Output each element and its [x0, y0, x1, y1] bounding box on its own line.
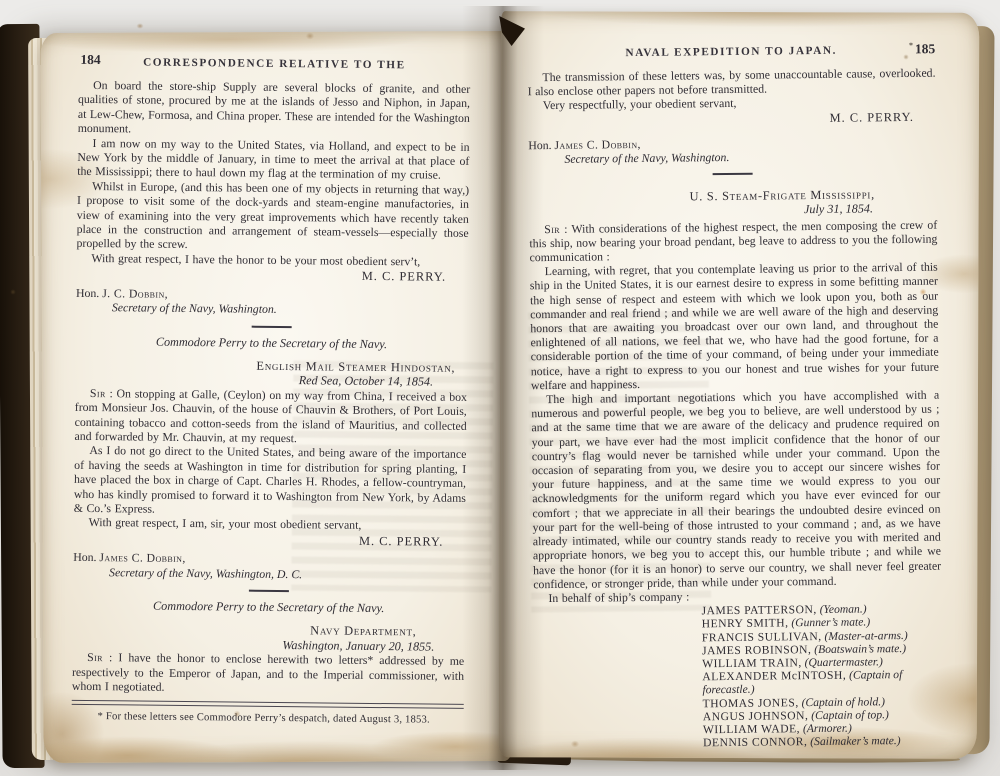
left-page-text: 184 CORRESPONDENCE RELATIVE TO THE On bo…	[71, 55, 470, 729]
paragraph: Sir : With considerations of the highest…	[529, 217, 937, 264]
right-running-title: NAVAL EXPEDITION TO JAPAN.	[527, 43, 935, 62]
crew-member: ALEXANDER McINTOSH, (Captain of forecast…	[702, 668, 942, 697]
addressee-title: Secretary of the Navy, Washington.	[112, 300, 468, 318]
footnote-rule	[72, 700, 464, 709]
section-divider	[249, 590, 289, 592]
salutation: Sir	[87, 650, 103, 664]
paragraph: Sir : I have the honor to enclose herewi…	[72, 650, 464, 697]
right-page-number: *185	[909, 39, 935, 57]
section-divider	[252, 325, 292, 327]
salutation: Sir	[544, 222, 560, 236]
signature: M. C. PERRY.	[73, 531, 465, 550]
left-page: 184 CORRESPONDENCE RELATIVE TO THE On bo…	[40, 31, 511, 763]
addressee-title: Secretary of the Navy, Washington.	[564, 148, 936, 166]
footnote: * For these letters see Commodore Perry’…	[71, 710, 463, 729]
paragraph: On board the store-ship Supply are sever…	[78, 78, 471, 140]
paragraph: The transmission of these letters was, b…	[527, 66, 935, 99]
left-running-title: CORRESPONDENCE RELATIVE TO THE	[78, 55, 470, 74]
crew-member: DENNIS CONNOR, (Sailmaker’s mate.)	[703, 734, 943, 750]
addressee-name: James C. Dobbin,	[554, 137, 640, 152]
salutation: Sir	[90, 386, 106, 400]
letter-heading: Commodore Perry to the Secretary of the …	[75, 333, 467, 352]
addressee-name: J. C. Dobbin,	[102, 286, 168, 301]
right-page: NAVAL EXPEDITION TO JAPAN. *185 The tran…	[499, 11, 980, 759]
addressee-name: James C. Dobbin,	[99, 550, 185, 565]
page-number-mark: *	[909, 41, 913, 50]
crew-member: JAMES ROBINSON, (Boatswain’s mate.)	[702, 641, 942, 657]
right-page-text: NAVAL EXPEDITION TO JAPAN. *185 The tran…	[527, 43, 943, 752]
paragraph: As I do not go direct to the United Stat…	[74, 443, 467, 519]
paragraph: The high and important negotiations whic…	[531, 388, 941, 591]
signature: M. C. PERRY.	[76, 266, 468, 285]
paragraph: Sir : On stopping at Galle, (Ceylon) on …	[74, 386, 467, 448]
crew-list: JAMES PATTERSON, (Yeoman.) HENRY SMITH, …	[702, 602, 944, 750]
left-page-number: 184	[80, 53, 100, 68]
paragraph: Whilst in Europe, (and this has been one…	[76, 179, 469, 255]
left-running-header: 184 CORRESPONDENCE RELATIVE TO THE	[78, 55, 470, 79]
paragraph: Learning, with regret, that you contempl…	[530, 260, 939, 392]
addressee-title: Secretary of the Navy, Washington, D. C.	[109, 565, 465, 583]
section-divider	[713, 173, 753, 175]
right-running-header: NAVAL EXPEDITION TO JAPAN. *185	[527, 43, 935, 68]
paragraph: I am now on my way to the United States,…	[77, 135, 469, 182]
letter-heading: Commodore Perry to the Secretary of the …	[73, 598, 465, 617]
photo-of-open-book: 184 CORRESPONDENCE RELATIVE TO THE On bo…	[0, 0, 1000, 776]
